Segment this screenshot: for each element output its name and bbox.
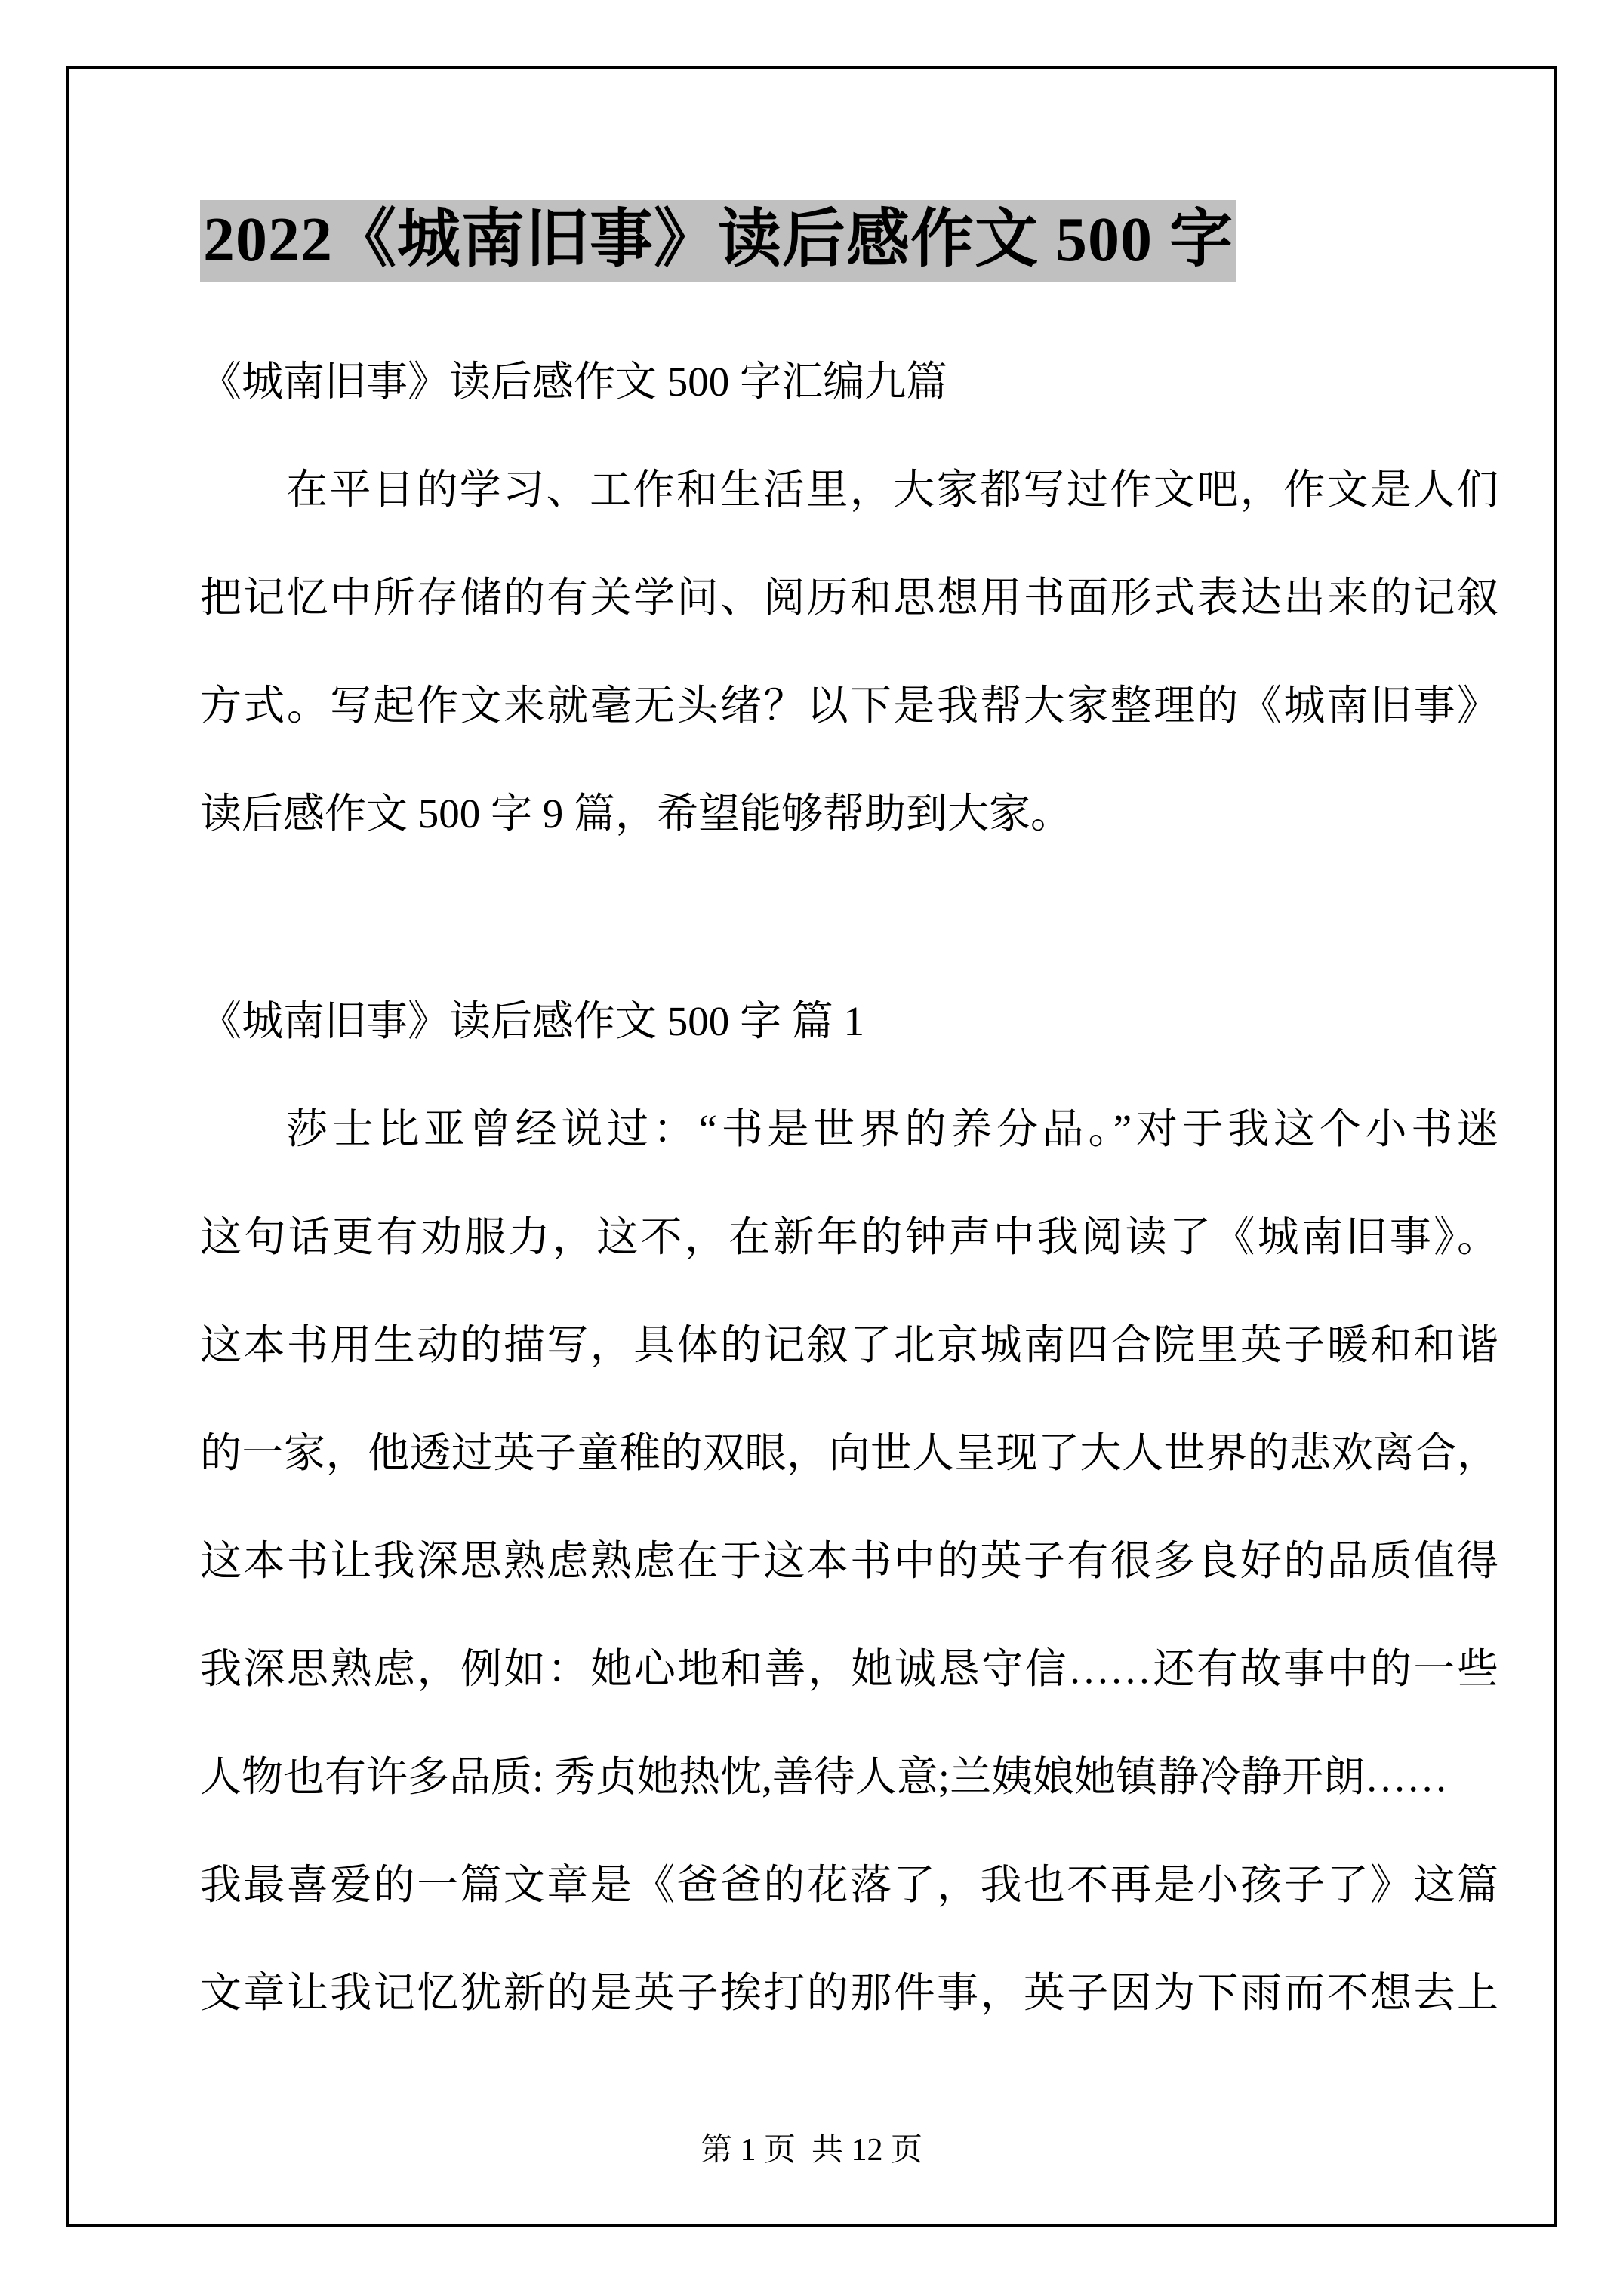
text-line: 这本书用生动的描写，具体的记叙了北京城南四合院里英子暖和和谐 bbox=[200, 1291, 1498, 1399]
text-line: 这本书让我深思熟虑熟虑在于这本书中的英子有很多良好的品质值得 bbox=[200, 1507, 1498, 1615]
text-line: 我最喜爱的一篇文章是《爸爸的花落了，我也不再是小孩子了》这篇 bbox=[200, 1831, 1498, 1939]
text-line: 读后感作文 500 字 9 篇，希望能够帮助到大家。 bbox=[200, 760, 1498, 868]
text-line: 这句话更有劝服力，这不，在新年的钟声中我阅读了《城南旧事》。 bbox=[200, 1183, 1498, 1291]
text-line: 文章让我记忆犹新的是英子挨打的那件事，英子因为下雨而不想去上 bbox=[200, 1939, 1498, 2047]
text-line: 把记忆中所存储的有关学问、阅历和思想用书面形式表达出来的记叙 bbox=[200, 544, 1498, 652]
page-number-footer: 第 1 页 共 12 页 bbox=[0, 2131, 1623, 2170]
document-content: 2022《城南旧事》读后感作文 500 字 《城南旧事》读后感作文 500 字汇… bbox=[200, 0, 1498, 2047]
summary-line: 《城南旧事》读后感作文 500 字汇编九篇 bbox=[200, 328, 1498, 436]
text-line: 人物也有许多品质: 秀贞她热忱,善待人意;兰姨娘她镇静冷静开朗…… bbox=[200, 1723, 1498, 1831]
document-page: 2022《城南旧事》读后感作文 500 字 《城南旧事》读后感作文 500 字汇… bbox=[0, 0, 1623, 2296]
text-line: 在平日的学习、工作和生活里，大家都写过作文吧，作文是人们 bbox=[200, 436, 1498, 544]
section-heading: 《城南旧事》读后感作文 500 字 篇 1 bbox=[200, 967, 1498, 1075]
text-line: 方式。写起作文来就毫无头绪？以下是我帮大家整理的《城南旧事》 bbox=[200, 652, 1498, 760]
text-line: 的一家，他透过英子童稚的双眼，向世人呈现了大人世界的悲欢离合， bbox=[200, 1399, 1498, 1507]
intro-paragraph: 在平日的学习、工作和生活里，大家都写过作文吧，作文是人们 把记忆中所存储的有关学… bbox=[200, 436, 1498, 868]
essay-paragraph: 莎士比亚曾经说过：“书是世界的养分品。”对于我这个小书迷 这句话更有劝服力，这不… bbox=[200, 1075, 1498, 2047]
document-title: 2022《城南旧事》读后感作文 500 字 bbox=[200, 200, 1498, 280]
text-line: 莎士比亚曾经说过：“书是世界的养分品。”对于我这个小书迷 bbox=[200, 1075, 1498, 1183]
text-line: 我深思熟虑，例如：她心地和善，她诚恳守信……还有故事中的一些 bbox=[200, 1615, 1498, 1723]
document-title-highlight: 2022《城南旧事》读后感作文 500 字 bbox=[200, 200, 1236, 282]
